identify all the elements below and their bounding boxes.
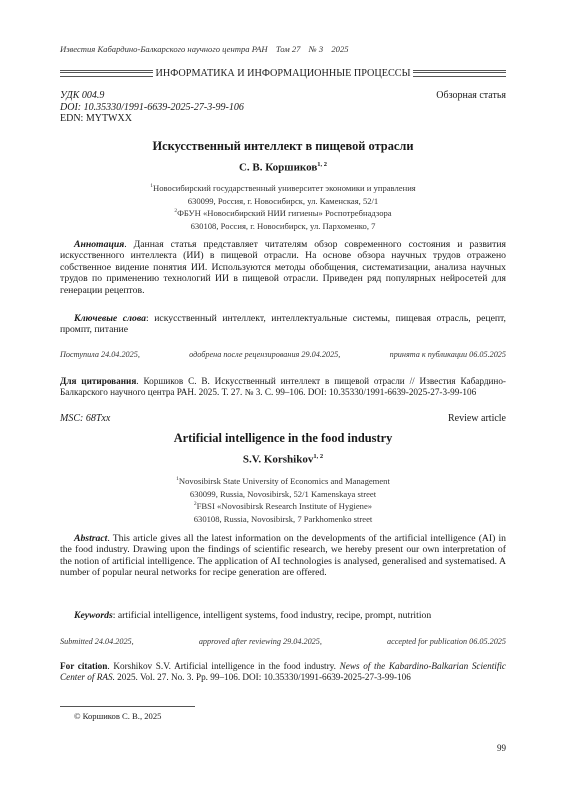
- ru-date-accepted: принята к публикации 06.05.2025: [390, 350, 506, 359]
- en-keywords: Keywords: artificial intelligence, intel…: [60, 610, 506, 621]
- en-abstract-text: . This article gives all the latest info…: [60, 533, 506, 578]
- copyright-note: © Коршиков С. В., 2025: [74, 711, 520, 721]
- en-identifiers: MSC: 68Txx: [60, 413, 506, 425]
- section-title: ИНФОРМАТИКА И ИНФОРМАЦИОННЫЕ ПРОЦЕССЫ: [153, 68, 414, 79]
- ru-date-submitted: Поступила 24.04.2025,: [60, 350, 140, 359]
- journal-issue: № 3: [309, 44, 324, 54]
- en-citation-label: For citation: [60, 661, 107, 671]
- ru-affiliation: 630099, Россия, г. Новосибирск, ул. Каме…: [60, 194, 506, 207]
- ru-keywords: Ключевые слова: искусственный интеллект,…: [60, 313, 506, 336]
- section-banner: ИНФОРМАТИКА И ИНФОРМАЦИОННЫЕ ПРОЦЕССЫ: [60, 68, 506, 79]
- ru-affiliation: 2ФБУН «Новосибирский НИИ гигиены» Роспот…: [60, 206, 506, 219]
- en-affiliation: 630099, Russia, Novosibirsk, 52/1 Kamens…: [60, 487, 506, 500]
- en-abstract: Abstract. This article gives all the lat…: [60, 533, 506, 579]
- en-author: S.V. Korshikov1, 2: [60, 453, 506, 466]
- en-affiliation: 1Novosibirsk State University of Economi…: [60, 474, 506, 487]
- journal-name: Известия Кабардино-Балкарского научного …: [60, 44, 268, 54]
- en-citation: For citation. Korshikov S.V. Artificial …: [60, 661, 506, 684]
- page-number: 99: [60, 743, 506, 753]
- en-affiliations: 1Novosibirsk State University of Economi…: [60, 474, 506, 524]
- en-article-type: Review article: [448, 413, 506, 424]
- en-dates: Submitted 24.04.2025, approved after rev…: [60, 637, 506, 646]
- running-header: Известия Кабардино-Балкарского научного …: [60, 44, 506, 54]
- en-citation-pre: . Korshikov S.V. Artificial intelligence…: [107, 661, 339, 671]
- ru-citation-label: Для цитирования: [60, 376, 136, 386]
- ru-title: Искусственный интеллект в пищевой отрасл…: [60, 139, 506, 154]
- en-date-accepted: accepted for publication 06.05.2025: [387, 637, 506, 646]
- ru-affiliation: 630108, Россия, г. Новосибирск, ул. Парх…: [60, 219, 506, 232]
- ru-author-name: С. В. Коршиков: [239, 162, 317, 174]
- edn: EDN: MYTWXX: [60, 113, 506, 125]
- journal-year: 2025: [331, 44, 348, 54]
- en-abstract-label: Abstract: [74, 533, 107, 544]
- doi: DOI: 10.35330/1991-6639-2025-27-3-99-106: [60, 102, 506, 114]
- section-rule-left: [60, 70, 153, 77]
- journal-volume: Том 27: [276, 44, 301, 54]
- en-author-sup: 1, 2: [313, 453, 323, 460]
- en-date-approved: approved after reviewing 29.04.2025,: [199, 637, 322, 646]
- ru-citation: Для цитирования. Коршиков С. В. Искусств…: [60, 376, 506, 399]
- ru-abstract: Аннотация. Данная статья представляет чи…: [60, 239, 506, 296]
- en-date-submitted: Submitted 24.04.2025,: [60, 637, 134, 646]
- ru-affiliations: 1Новосибирский государственный университ…: [60, 181, 506, 231]
- en-keywords-text: : artificial intelligence, intelligent s…: [113, 610, 431, 621]
- en-author-name: S.V. Korshikov: [243, 454, 313, 466]
- ru-date-approved: одобрена после рецензирования 29.04.2025…: [189, 350, 340, 359]
- en-title: Artificial intelligence in the food indu…: [60, 431, 506, 446]
- ru-keywords-label: Ключевые слова: [74, 313, 146, 324]
- ru-author: С. В. Коршиков1, 2: [60, 161, 506, 174]
- ru-abstract-label: Аннотация: [74, 239, 124, 250]
- en-citation-post: 2025. Vol. 27. No. 3. Pp. 99–106. DOI: 1…: [115, 672, 411, 682]
- ru-dates: Поступила 24.04.2025, одобрена после рец…: [60, 350, 506, 359]
- en-affiliation: 630108, Russia, Novosibirsk, 7 Parkhomen…: [60, 512, 506, 525]
- msc: MSC: 68Txx: [60, 413, 506, 425]
- en-keywords-label: Keywords: [74, 610, 113, 621]
- section-rule-right: [413, 70, 506, 77]
- ru-affiliation: 1Новосибирский государственный университ…: [60, 181, 506, 194]
- ru-author-sup: 1, 2: [317, 161, 327, 168]
- ru-abstract-text: . Данная статья представляет читателям о…: [60, 239, 506, 296]
- en-affiliation: 2FBSI «Novosibirsk Research Institute of…: [60, 499, 506, 512]
- ru-article-type: Обзорная статья: [436, 90, 506, 101]
- footnote-separator: [60, 706, 195, 707]
